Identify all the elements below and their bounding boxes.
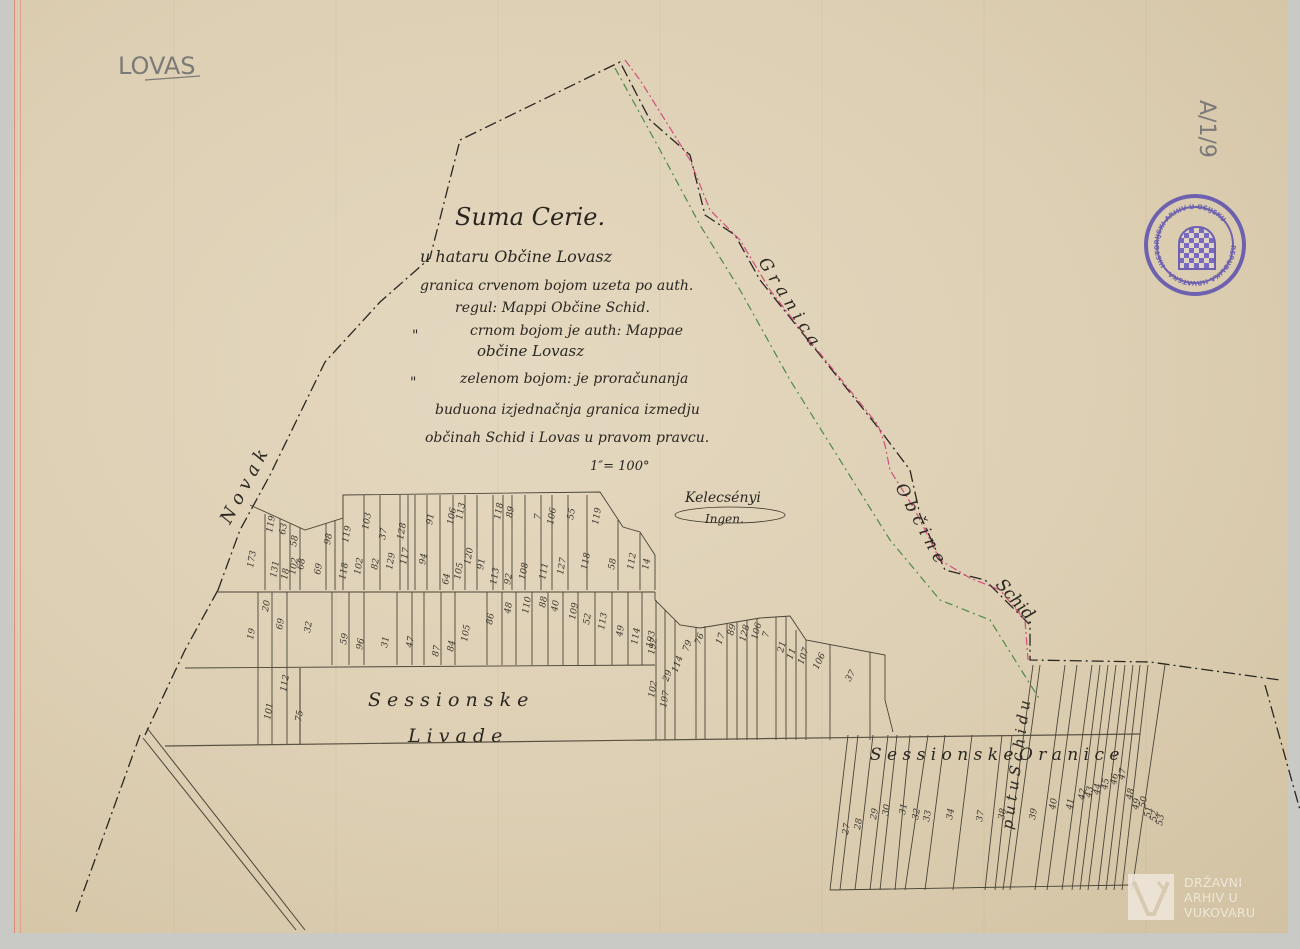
svg-text:59: 59: [339, 632, 351, 645]
archive-stamp: REPUBLIKA HRVATSKA · HISTORIJSKI ARHIV U…: [1144, 194, 1246, 296]
svg-text:197: 197: [659, 690, 672, 709]
svg-text:89: 89: [505, 505, 517, 518]
svg-text:7: 7: [533, 513, 544, 521]
svg-text:107: 107: [796, 646, 811, 666]
svg-text:28: 28: [853, 817, 865, 831]
title-line-1: u hataru Občine Lovasz: [420, 247, 613, 266]
title-line-8: občinah Schid i Lovas u pravom pravcu.: [425, 430, 709, 446]
svg-text:111: 111: [538, 562, 551, 581]
svg-text:53: 53: [1155, 813, 1167, 826]
svg-text:14: 14: [641, 557, 653, 570]
svg-text:119: 119: [341, 525, 354, 544]
parcel-numbers-upper-bottom: 173 131 18 102 68 69 118 102 82 129 117 …: [246, 547, 653, 586]
pencil-label: LOVAS: [118, 52, 196, 80]
svg-text:79: 79: [681, 639, 694, 653]
svg-text:105: 105: [460, 624, 473, 643]
title-line-7: buduona izjednačnja granica izmedju: [435, 402, 700, 418]
svg-text:113: 113: [455, 502, 468, 521]
svg-text:127: 127: [556, 557, 569, 576]
svg-text:32: 32: [303, 620, 315, 633]
parcel-numbers-middle: 19 20 69 32 59 96 31 47 87 84 105 86 48 …: [246, 595, 658, 657]
svg-text:106: 106: [546, 507, 559, 526]
label-granica: G r a n i c a: [754, 254, 824, 350]
svg-text:101: 101: [263, 702, 276, 721]
black-boundary-line: [75, 62, 1300, 915]
svg-text:32: 32: [911, 807, 923, 820]
svg-text:87: 87: [431, 644, 443, 657]
svg-text:68: 68: [296, 557, 308, 570]
svg-text:7: 7: [761, 630, 772, 638]
svg-text:128: 128: [396, 522, 409, 541]
stamp-text: REPUBLIKA HRVATSKA · HISTORIJSKI ARHIV U…: [1148, 198, 1242, 292]
svg-text:118: 118: [338, 562, 351, 581]
map-scale: 1″= 100°: [590, 459, 649, 474]
archive-name: DRŽAVNI ARHIV U VUKOVARU: [1184, 875, 1255, 920]
svg-text:37: 37: [844, 668, 859, 683]
svg-text:27: 27: [841, 822, 853, 836]
title-line-2: granica crvenom bojom uzeta po auth.: [420, 278, 693, 294]
svg-text:29: 29: [869, 807, 881, 821]
parcel-numbers-right-middle: 192 29 114 79 76 17 89 128 106 7 21 11 1…: [647, 621, 858, 684]
svg-text:64: 64: [441, 572, 453, 585]
label-sessionske-oranice: S e s s i o n s k e O r a n i c e: [870, 745, 1120, 765]
svg-text:114: 114: [630, 627, 643, 646]
svg-text:108: 108: [518, 562, 531, 581]
svg-text:19: 19: [246, 627, 258, 640]
title-line-6: zelenom bojom: je proračunanja: [459, 371, 688, 387]
svg-text:48: 48: [503, 601, 515, 615]
svg-text:84: 84: [446, 639, 458, 652]
svg-text:31: 31: [898, 803, 910, 816]
svg-text:96: 96: [355, 637, 367, 650]
svg-text:49: 49: [615, 624, 627, 638]
signature-title: Ingen.: [704, 512, 744, 526]
svg-text:33: 33: [922, 809, 934, 822]
road-lines: [143, 728, 305, 930]
archive-number: A/1/9: [1194, 100, 1219, 158]
svg-text:37: 37: [975, 809, 987, 822]
label-sessionske-livade-2: L i v a d e: [407, 725, 502, 747]
svg-text:38: 38: [997, 807, 1009, 820]
label-sessionske-livade-1: S e s s i o n s k e: [368, 689, 528, 711]
svg-text:20: 20: [261, 599, 273, 613]
svg-text:55: 55: [566, 507, 578, 520]
label-schid: Schid.: [991, 575, 1042, 628]
svg-text:": ": [410, 375, 416, 391]
svg-text:91: 91: [425, 513, 437, 526]
title-line-3: regul: Mappi Občine Schid.: [455, 300, 650, 316]
svg-text:92: 92: [503, 572, 515, 585]
svg-text:94: 94: [418, 552, 430, 565]
svg-text:129: 129: [385, 552, 398, 571]
archive-logo-icon: [1128, 874, 1174, 920]
svg-text:69: 69: [313, 562, 325, 575]
svg-text:82: 82: [370, 557, 382, 570]
svg-text:120: 120: [463, 547, 476, 566]
svg-text:109: 109: [568, 602, 581, 621]
svg-text:40: 40: [550, 599, 562, 613]
svg-text:91: 91: [476, 558, 488, 571]
svg-text:112: 112: [279, 674, 292, 693]
svg-text:30: 30: [881, 803, 893, 816]
svg-text:39: 39: [1028, 807, 1040, 820]
svg-text:REPUBLIKA HRVATSKA · HISTORIJS: REPUBLIKA HRVATSKA · HISTORIJSKI ARHIV U…: [1153, 203, 1237, 287]
svg-text:118: 118: [493, 502, 506, 521]
svg-text:128: 128: [738, 623, 752, 642]
svg-text:37: 37: [378, 527, 390, 540]
svg-text:69: 69: [275, 617, 287, 630]
archive-watermark: DRŽAVNI ARHIV U VUKOVARU: [1128, 874, 1255, 920]
svg-text:47: 47: [405, 635, 417, 649]
svg-text:106: 106: [812, 651, 828, 671]
svg-text:34: 34: [945, 807, 957, 820]
svg-text:31: 31: [380, 636, 392, 649]
label-obcine: O b č i n e: [891, 480, 950, 567]
svg-text:119: 119: [591, 507, 604, 526]
svg-text:192: 192: [647, 637, 660, 656]
svg-text:173: 173: [246, 550, 259, 569]
svg-text:102: 102: [647, 680, 660, 699]
map-title: Suma Cerie.: [455, 203, 605, 231]
livade-band: [165, 668, 1140, 746]
svg-text:118: 118: [580, 552, 593, 571]
red-boundary-line: [625, 60, 1028, 660]
svg-text:52: 52: [582, 612, 594, 625]
svg-text:114: 114: [670, 654, 685, 674]
svg-text:63: 63: [278, 522, 290, 535]
svg-text:": ": [412, 328, 418, 344]
title-line-4: crnom bojom je auth: Mappae: [470, 323, 683, 339]
svg-text:103: 103: [361, 512, 374, 531]
svg-text:113: 113: [489, 567, 502, 586]
svg-text:98: 98: [323, 532, 335, 545]
svg-text:112: 112: [626, 552, 639, 571]
parcel-numbers-upper-top: 119 63 58 98 119 103 37 128 91 106 113 1…: [265, 502, 604, 548]
signature-name: Kelecsényi: [684, 490, 761, 506]
cadastral-map: LOVAS A/1/9 Suma Cerie. u hataru Občine …: [0, 0, 1300, 949]
title-line-5: občine Lovasz: [477, 342, 584, 360]
svg-text:41: 41: [1065, 798, 1077, 812]
svg-text:117: 117: [399, 547, 412, 566]
svg-text:86: 86: [485, 612, 497, 625]
svg-text:58: 58: [289, 534, 301, 547]
middle-parcel-block: [185, 592, 893, 745]
svg-text:113: 113: [597, 612, 610, 631]
svg-text:119: 119: [265, 515, 278, 534]
svg-text:75: 75: [294, 709, 306, 722]
svg-text:88: 88: [538, 595, 550, 608]
svg-text:58: 58: [607, 557, 619, 570]
